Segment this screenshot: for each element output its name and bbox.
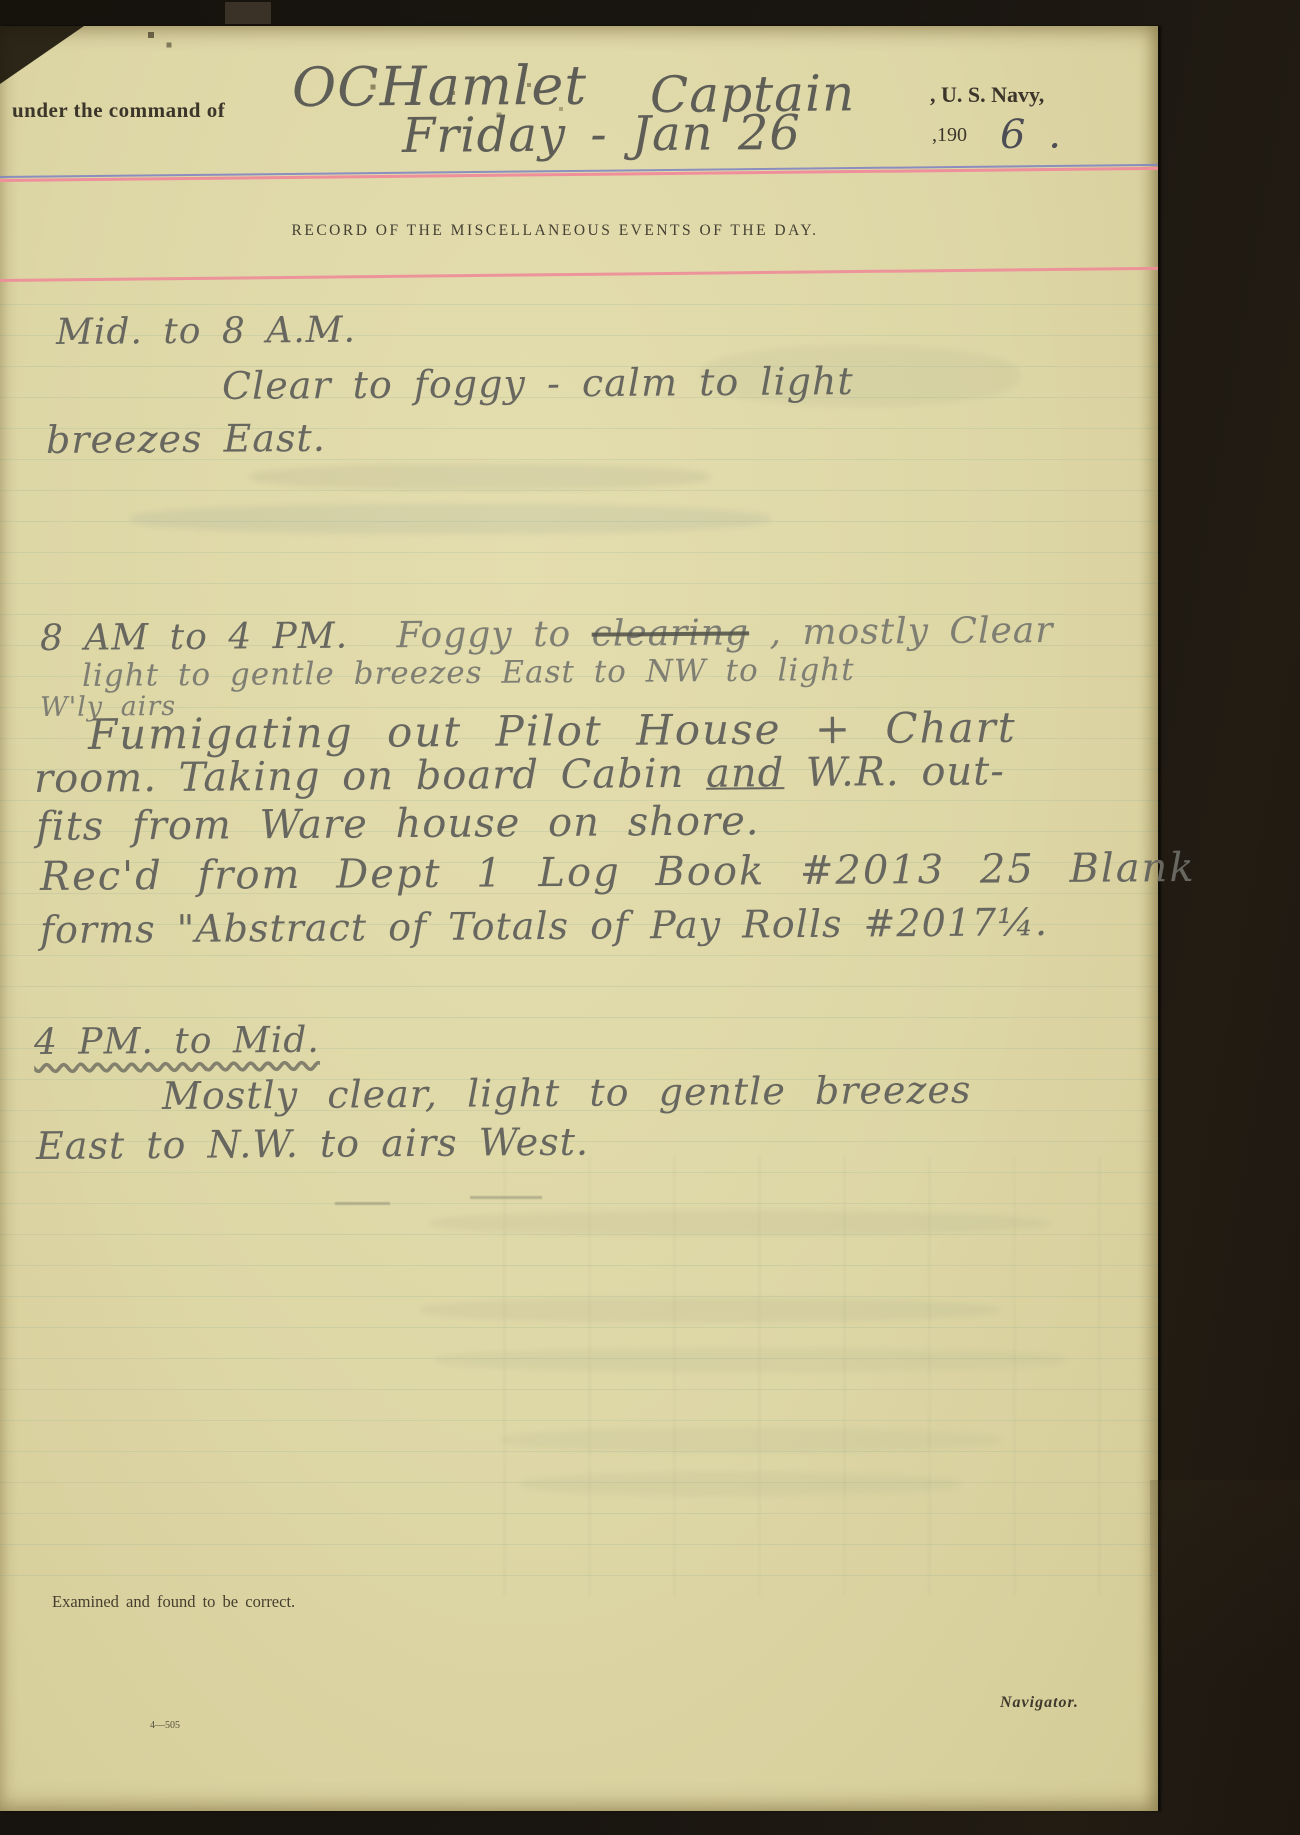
bleedthrough-smudge bbox=[700, 346, 1020, 406]
year-period: . bbox=[1048, 112, 1062, 158]
handwritten-year-digit: 6 . bbox=[1000, 112, 1062, 158]
printed-command-prefix: under the command of bbox=[12, 98, 225, 123]
watch3-heading: 4 PM. to Mid. bbox=[34, 1020, 320, 1063]
watch1-heading: Mid. to 8 A.M. bbox=[56, 310, 356, 353]
single-pink-rule bbox=[0, 267, 1158, 282]
watch2-weather-struck-word: clearing bbox=[592, 612, 750, 654]
bleedthrough-smudge bbox=[250, 464, 710, 490]
bleedthrough-smudge bbox=[430, 1211, 1050, 1235]
form-number: 4—505 bbox=[150, 1720, 180, 1731]
paper-speckles bbox=[0, 26, 2, 28]
event2-post: W.R. out- bbox=[784, 748, 1005, 796]
bleedthrough-smudge bbox=[500, 1428, 1000, 1452]
section-title: RECORD OF THE MISCELLANEOUS EVENTS OF TH… bbox=[0, 222, 1110, 240]
year-digit: 6 bbox=[1000, 112, 1027, 158]
watch2-heading: 8 AM to 4 PM. bbox=[40, 616, 348, 659]
event2-pre: room. Taking on board Cabin bbox=[34, 751, 706, 802]
watch2-event-line3: fits from Ware house on shore. bbox=[36, 798, 760, 850]
watch2-event-line2: room. Taking on board Cabin and W.R. out… bbox=[34, 748, 1005, 802]
watch3-heading-text: 4 PM. to Mid. bbox=[34, 1020, 320, 1063]
log-paper-sheet: under the command of , U. S. Navy, ,190 … bbox=[0, 26, 1158, 1811]
bleedthrough-smudge bbox=[130, 504, 770, 534]
printed-navy-suffix: , U. S. Navy, bbox=[930, 82, 1044, 108]
watch2-event-line4: Rec'd from Dept 1 Log Book #2013 25 Blan… bbox=[40, 845, 1196, 900]
watch2-weather-line2: light to gentle breezes East to NW to li… bbox=[82, 652, 855, 694]
handwritten-date: Friday - Jan 26 bbox=[402, 105, 801, 164]
top-strip-notch bbox=[225, 2, 271, 24]
watch2-weather-post: , mostly Clear bbox=[769, 610, 1053, 653]
watch2-heading-and-weather: 8 AM to 4 PM. Foggy to clearing , mostly… bbox=[40, 610, 1054, 659]
event2-and-word: and bbox=[706, 750, 785, 797]
scanned-log-page: under the command of , U. S. Navy, ,190 … bbox=[0, 0, 1300, 1835]
torn-corner-shadow bbox=[0, 26, 84, 84]
double-rule bbox=[0, 164, 1158, 182]
watch2-weather-pre: Foggy to bbox=[396, 614, 591, 657]
watch1-weather-line2: breezes East. bbox=[46, 416, 326, 462]
bleedthrough-smudge bbox=[435, 1348, 1065, 1372]
navigator-signature-label: Navigator. bbox=[1000, 1694, 1079, 1712]
bleedthrough-dash bbox=[335, 1202, 390, 1205]
bleedthrough-smudge bbox=[520, 1472, 960, 1496]
watch3-weather-line1: Mostly clear, light to gentle breezes bbox=[162, 1068, 972, 1118]
watch2-event-line5: forms "Abstract of Totals of Pay Rolls #… bbox=[40, 900, 1048, 952]
examined-statement: Examined and found to be correct. bbox=[52, 1592, 295, 1612]
bleedthrough-smudge bbox=[420, 1298, 1000, 1322]
printed-year-prefix: ,190 bbox=[932, 124, 967, 147]
